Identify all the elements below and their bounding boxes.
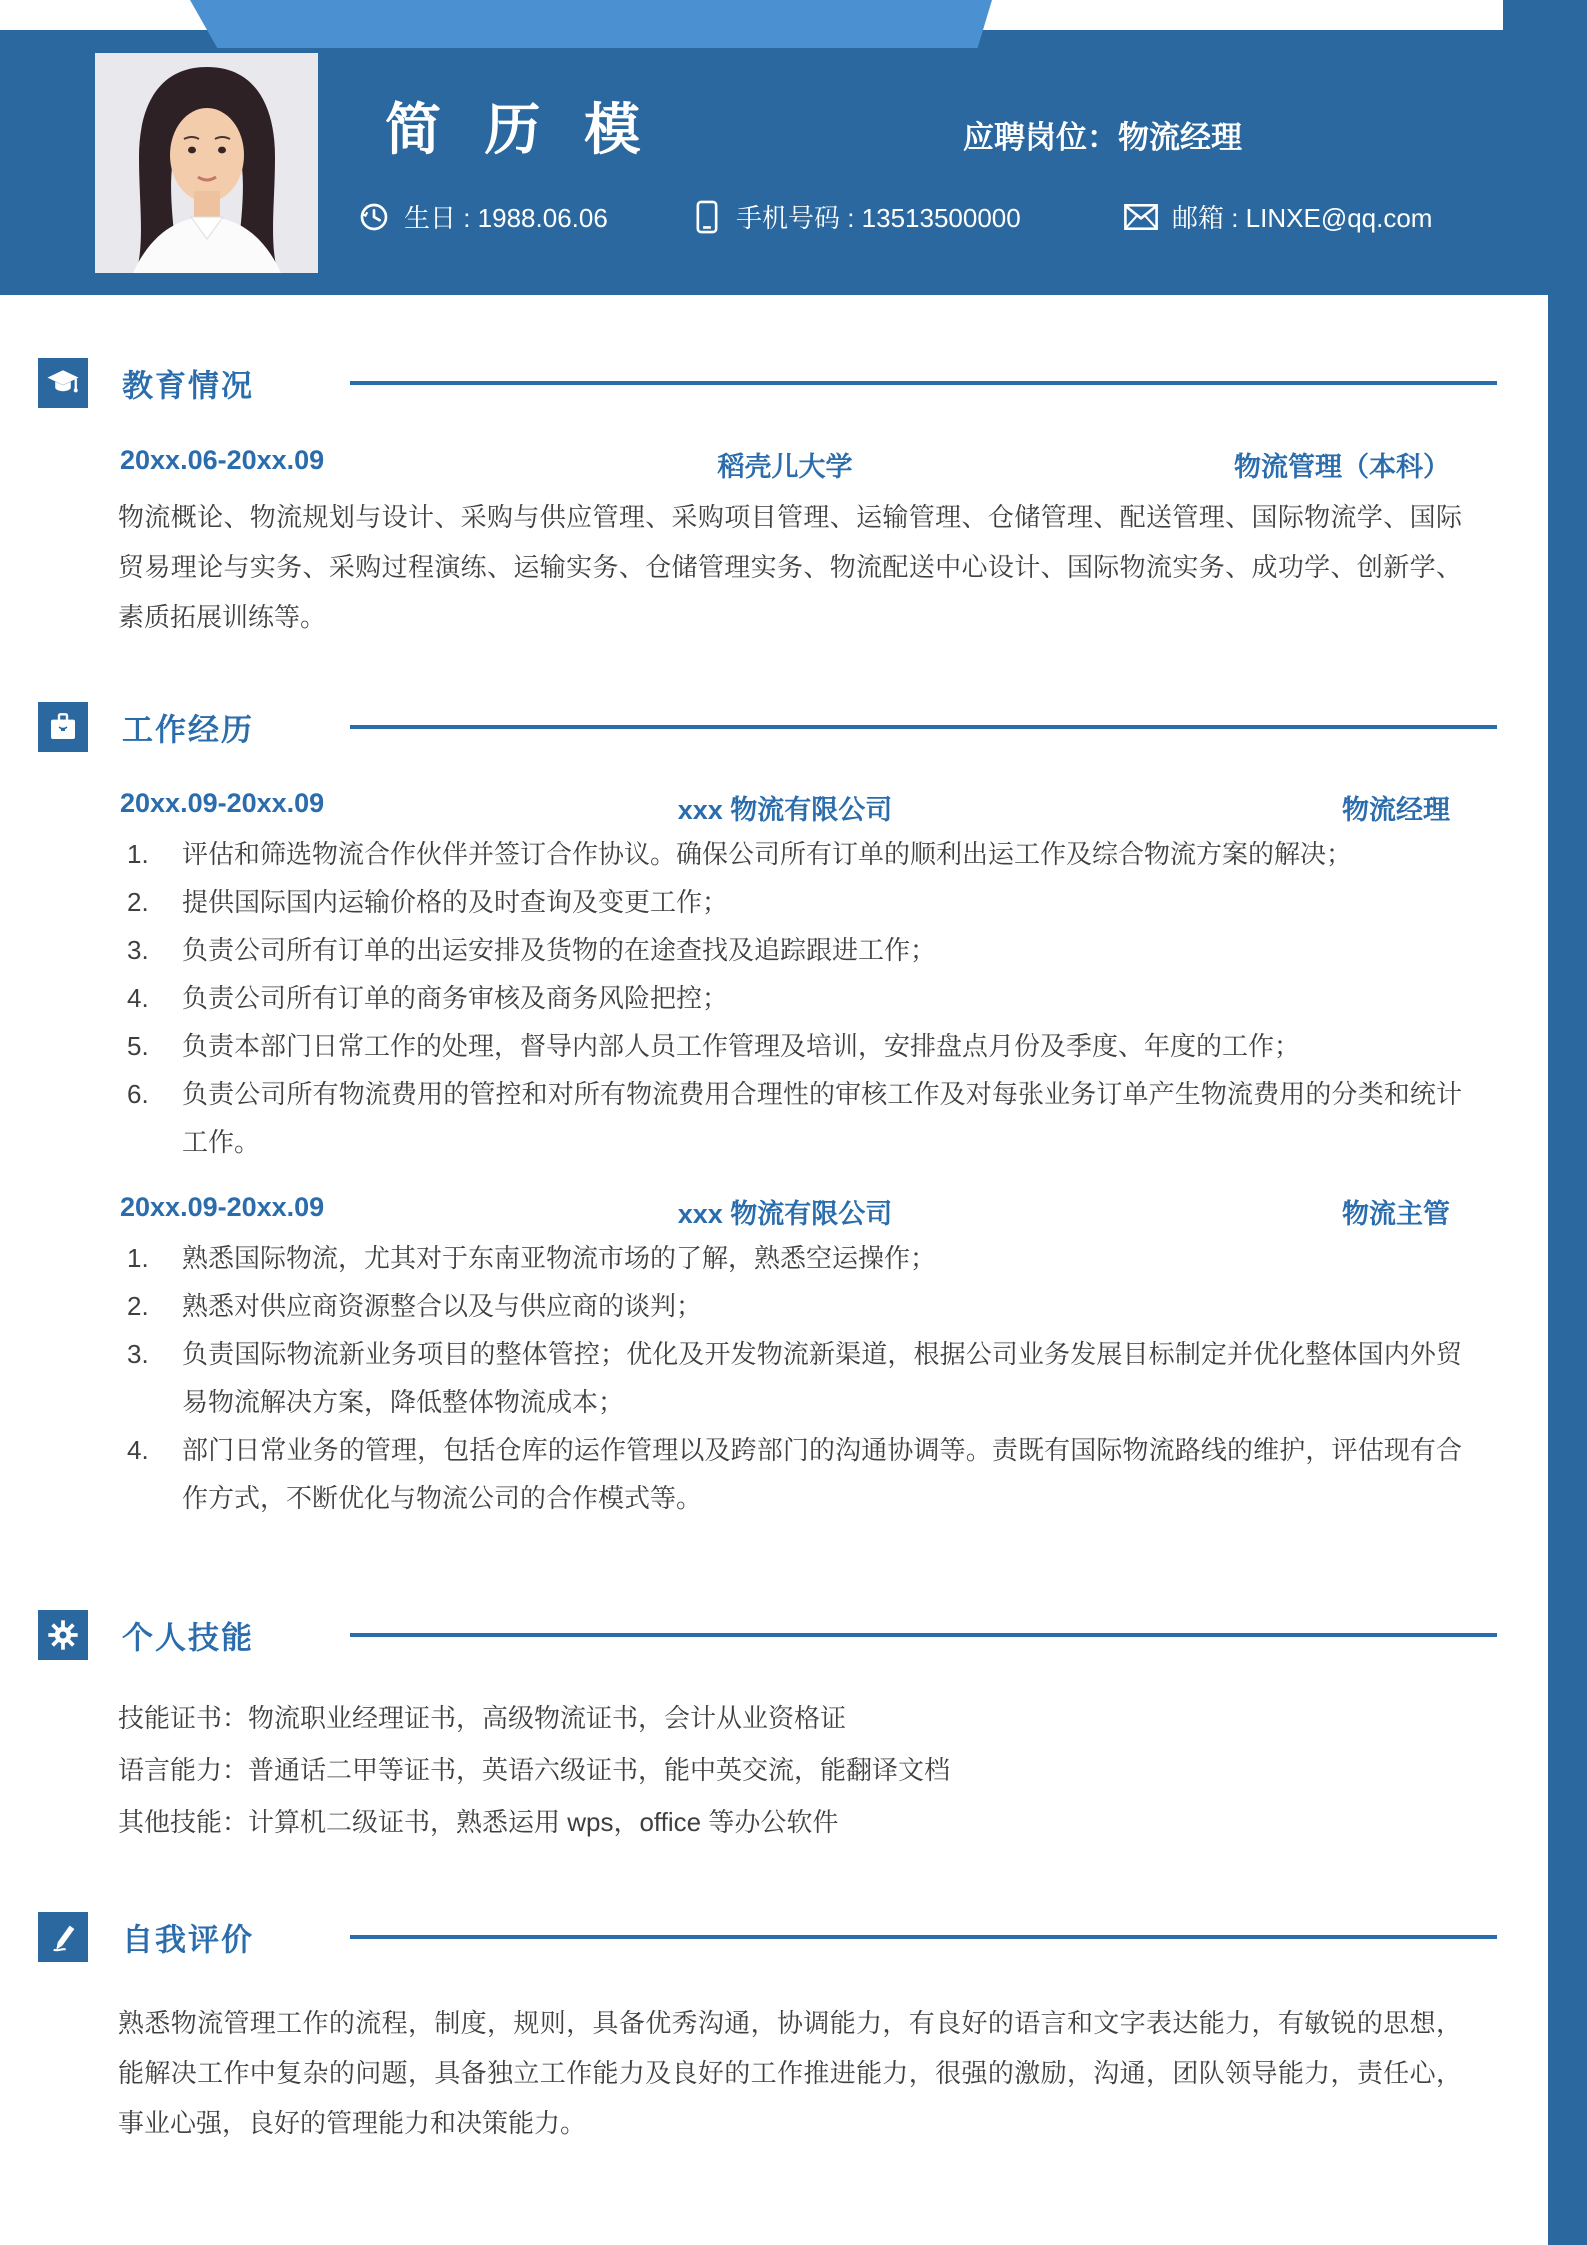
section-divider-line: [350, 381, 1497, 385]
job-duty-item: 负责公司所有订单的出运安排及货物的在途查找及追踪跟进工作；: [125, 926, 1462, 974]
contact-birthday: 生日 : 1988.06.06: [358, 198, 608, 235]
education-school: 稻壳儿大学: [563, 445, 1006, 484]
education-entry-row: 20xx.06-20xx.09 稻壳儿大学 物流管理（本科）: [120, 445, 1450, 484]
position-applied: 应聘岗位：物流经理: [963, 112, 1242, 157]
job-duty-item: 部门日常业务的管理，包括仓库的运作管理以及跨部门的沟通协调等。责既有国际物流路线…: [125, 1426, 1462, 1522]
section-divider-line: [350, 725, 1497, 729]
resume-title: 简 历 模: [385, 86, 654, 166]
job-date: 20xx.09-20xx.09: [120, 788, 563, 827]
resume-page: 简 历 模 应聘岗位：物流经理 生日 : 1988.06.06 手机号码 : 1…: [0, 0, 1587, 2245]
section-title-work: 工作经历: [122, 705, 254, 750]
pen-icon: [38, 1912, 88, 1962]
graduation-cap-icon: [38, 358, 88, 408]
job-date: 20xx.09-20xx.09: [120, 1192, 563, 1231]
section-header-self-evaluation: 自我评价: [38, 1912, 1549, 1962]
job-duty-item: 负责本部门日常工作的处理，督导内部人员工作管理及培训，安排盘点月份及季度、年度的…: [125, 1022, 1462, 1070]
job-duty-item: 负责国际物流新业务项目的整体管控；优化及开发物流新渠道，根据公司业务发展目标制定…: [125, 1330, 1462, 1426]
job-entry-row: 20xx.09-20xx.09 xxx 物流有限公司 物流经理: [120, 788, 1450, 827]
skill-line-language: 语言能力：普通话二甲等证书，英语六级证书，能中英交流，能翻译文档: [118, 1752, 1462, 1788]
job-duty-item: 熟悉对供应商资源整合以及与供应商的谈判；: [125, 1282, 1462, 1330]
applicant-photo: [95, 53, 318, 273]
job-entry-row: 20xx.09-20xx.09 xxx 物流有限公司 物流主管: [120, 1192, 1450, 1231]
contact-email: 邮箱 : LINXE@qq.com: [1124, 198, 1432, 235]
job-company: xxx 物流有限公司: [563, 1192, 1006, 1231]
job-duty-item: 负责公司所有订单的商务审核及商务风险把控；: [125, 974, 1462, 1022]
clock-icon: [358, 201, 390, 233]
job-title: 物流经理: [1007, 788, 1450, 827]
skill-line-certificates: 技能证书：物流职业经理证书，高级物流证书，会计从业资格证: [118, 1700, 1462, 1736]
right-edge-stripe: [1548, 0, 1587, 2245]
job-title: 物流主管: [1007, 1192, 1450, 1231]
job-company: xxx 物流有限公司: [563, 788, 1006, 827]
job-duty-item: 提供国际国内运输价格的及时查询及变更工作；: [125, 878, 1462, 926]
section-divider-line: [350, 1633, 1497, 1637]
job-duty-list: 熟悉国际物流，尤其对于东南亚物流市场的了解，熟悉空运操作；熟悉对供应商资源整合以…: [125, 1234, 1462, 1522]
section-header-education: 教育情况: [38, 358, 1549, 408]
education-major: 物流管理（本科）: [1007, 445, 1450, 484]
section-title-education: 教育情况: [122, 361, 254, 406]
briefcase-icon: [38, 702, 88, 752]
section-header-skills: 个人技能: [38, 1610, 1549, 1660]
contact-email-text: 邮箱 : LINXE@qq.com: [1172, 198, 1432, 235]
gear-icon: [38, 1610, 88, 1660]
job-duty-item: 负责公司所有物流费用的管控和对所有物流费用合理性的审核工作及对每张业务订单产生物…: [125, 1070, 1462, 1166]
section-title-skills: 个人技能: [122, 1613, 254, 1658]
contact-birthday-text: 生日 : 1988.06.06: [404, 198, 608, 235]
self-evaluation-text: 熟悉物流管理工作的流程，制度，规则，具备优秀沟通，协调能力，有良好的语言和文字表…: [118, 1998, 1462, 2148]
job-duty-item: 熟悉国际物流，尤其对于东南亚物流市场的了解，熟悉空运操作；: [125, 1234, 1462, 1282]
applicant-photo-illustration: [95, 53, 318, 273]
education-description: 物流概论、物流规划与设计、采购与供应管理、采购项目管理、运输管理、仓储管理、配送…: [118, 492, 1462, 642]
job-duty-list: 评估和筛选物流合作伙伴并签订合作协议。确保公司所有订单的顺利出运工作及综合物流方…: [125, 830, 1462, 1166]
skill-line-other: 其他技能：计算机二级证书，熟悉运用 wps，office 等办公软件: [118, 1804, 1462, 1840]
phone-icon: [692, 200, 722, 234]
contact-phone-text: 手机号码 : 13513500000: [736, 198, 1021, 235]
section-divider-line: [350, 1935, 1497, 1939]
job-duty-item: 评估和筛选物流合作伙伴并签订合作协议。确保公司所有订单的顺利出运工作及综合物流方…: [125, 830, 1462, 878]
education-date: 20xx.06-20xx.09: [120, 445, 563, 484]
contact-phone: 手机号码 : 13513500000: [692, 198, 1021, 235]
section-header-work: 工作经历: [38, 702, 1549, 752]
section-title-self-evaluation: 自我评价: [122, 1915, 254, 1960]
header-deco-parallelogram: [190, 0, 992, 48]
mail-icon: [1124, 204, 1158, 230]
